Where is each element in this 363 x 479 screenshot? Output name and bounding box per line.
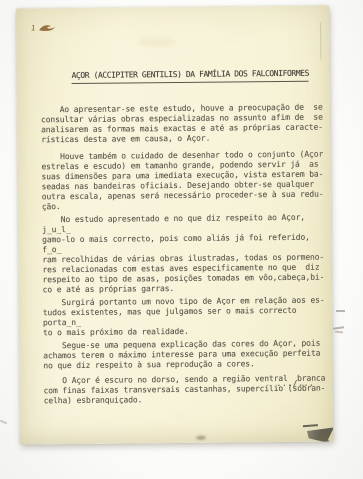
document-body: Ao apresentar-se este estudo, houve a pr… [41, 102, 333, 409]
margin-mark [336, 310, 345, 312]
paper-sheet: 1 AÇOR (ACCIPITER GENTILIS) DA FAMÍLIA D… [16, 6, 333, 445]
folded-corner-crease [303, 424, 318, 427]
folded-corner [307, 427, 333, 442]
page-number-handwritten: 1 [31, 24, 36, 32]
paper-surface: 1 AÇOR (ACCIPITER GENTILIS) DA FAMÍLIA D… [16, 6, 333, 445]
paragraph: Ao apresentar-se este estudo, houve a pr… [41, 102, 331, 145]
paragraph: Houve também o cuidado de desenhar todo … [41, 149, 332, 212]
document-title: AÇOR (ACCIPITER GENTILIS) DA FAMÍLIA DOS… [72, 69, 310, 84]
scanned-document-page: 1 AÇOR (ACCIPITER GENTILIS) DA FAMÍLIA D… [0, 0, 363, 479]
page-continuation-mark: .../... [276, 379, 314, 388]
backing-artifact [0, 420, 7, 425]
folded-corner-shadow [323, 440, 329, 443]
paragraph: Surgirá portanto um novo tipo de Açor em… [43, 295, 333, 338]
paragraph: Segue-se uma pequena explicação das core… [43, 338, 333, 371]
margin-mark [335, 331, 343, 333]
paragraph: No estudo apresentado e no que diz respe… [42, 212, 333, 295]
scan-edge-artifact [320, 23, 321, 60]
handwritten-annotation: 1 [31, 21, 59, 35]
ink-smudge [196, 436, 206, 440]
pen-flourish-icon [39, 23, 59, 33]
paper-stain [136, 37, 176, 47]
margin-mark [333, 326, 344, 329]
